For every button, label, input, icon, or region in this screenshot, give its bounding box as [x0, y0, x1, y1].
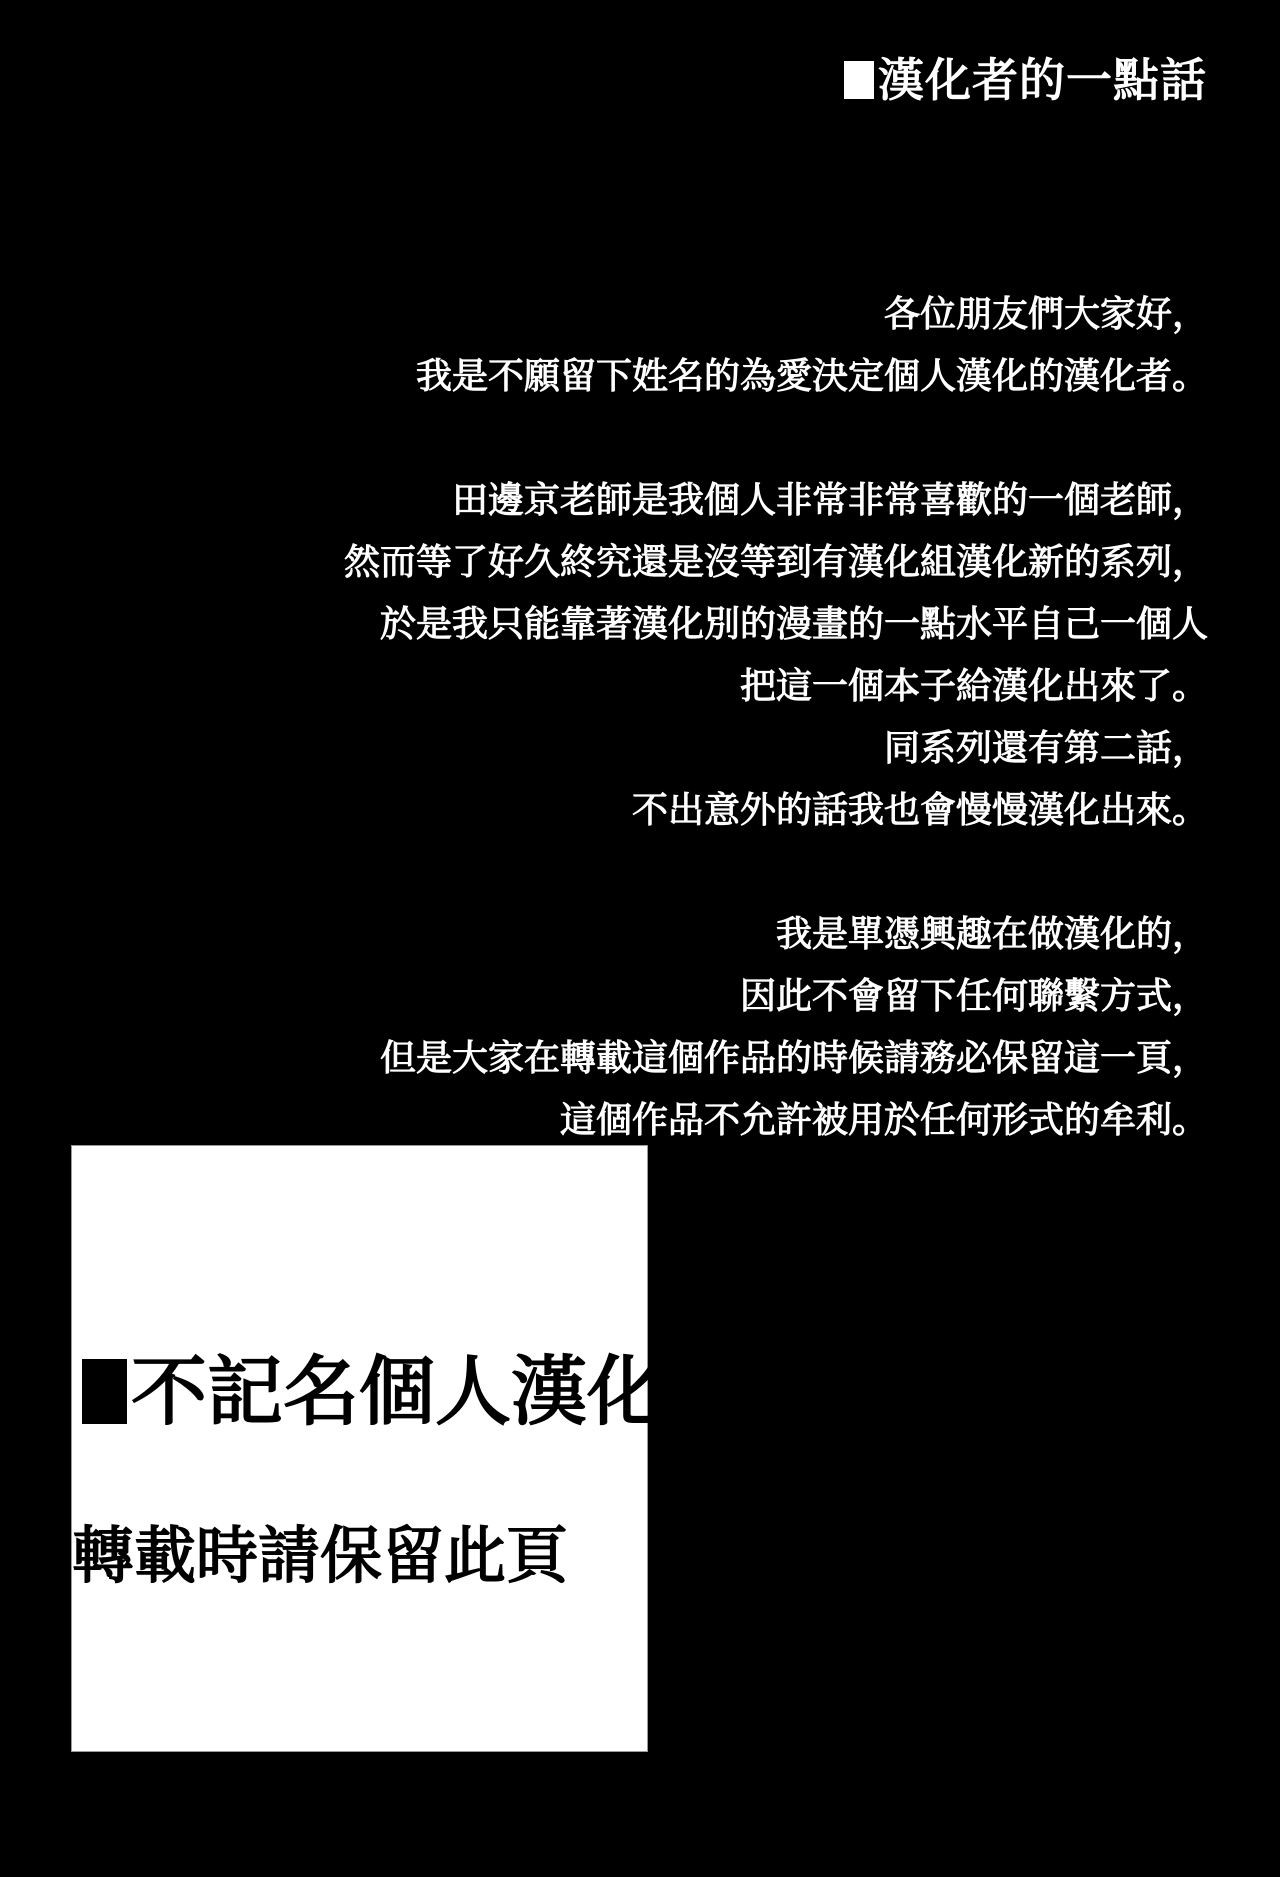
notice-box: 不記名個人漢化 轉載時請保留此頁	[71, 1145, 648, 1752]
square-bullet-icon	[844, 61, 874, 99]
message-line: 田邊京老師是我個人非常非常喜歡的一個老師，	[344, 470, 1208, 532]
notice-title-text: 不記名個人漢化	[131, 1347, 663, 1436]
message-line: 把這一個本子給漢化出來了。	[344, 656, 1208, 718]
message-paragraph-background: 田邊京老師是我個人非常非常喜歡的一個老師， 然而等了好久終究還是沒等到有漢化組漢…	[344, 470, 1208, 842]
notice-subtitle: 轉載時請保留此頁	[72, 1516, 568, 1596]
square-bullet-icon	[82, 1359, 127, 1424]
notice-title: 不記名個人漢化	[82, 1344, 663, 1440]
message-line: 於是我只能靠著漢化別的漫畫的一點水平自己一個人	[344, 594, 1208, 656]
page-title: 漢化者的一點話	[844, 50, 1207, 110]
message-line: 然而等了好久終究還是沒等到有漢化組漢化新的系列，	[344, 532, 1208, 594]
message-line: 這個作品不允許被用於任何形式的牟利。	[344, 1090, 1208, 1152]
message-line: 同系列還有第二話，	[344, 718, 1208, 780]
page-title-text: 漢化者的一點話	[878, 53, 1207, 107]
message-line: 我是單憑興趣在做漢化的，	[344, 904, 1208, 966]
message-line: 我是不願留下姓名的為愛決定個人漢化的漢化者。	[344, 346, 1208, 408]
message-paragraph-terms: 我是單憑興趣在做漢化的， 因此不會留下任何聯繫方式， 但是大家在轉載這個作品的時…	[344, 904, 1208, 1152]
message-paragraph-greeting: 各位朋友們大家好， 我是不願留下姓名的為愛決定個人漢化的漢化者。	[344, 284, 1208, 408]
message-line: 因此不會留下任何聯繫方式，	[344, 966, 1208, 1028]
message-line: 但是大家在轉載這個作品的時候請務必保留這一頁，	[344, 1028, 1208, 1090]
translator-message: 各位朋友們大家好， 我是不願留下姓名的為愛決定個人漢化的漢化者。 田邊京老師是我…	[344, 284, 1208, 1152]
message-line: 不出意外的話我也會慢慢漢化出來。	[344, 780, 1208, 842]
message-line: 各位朋友們大家好，	[344, 284, 1208, 346]
